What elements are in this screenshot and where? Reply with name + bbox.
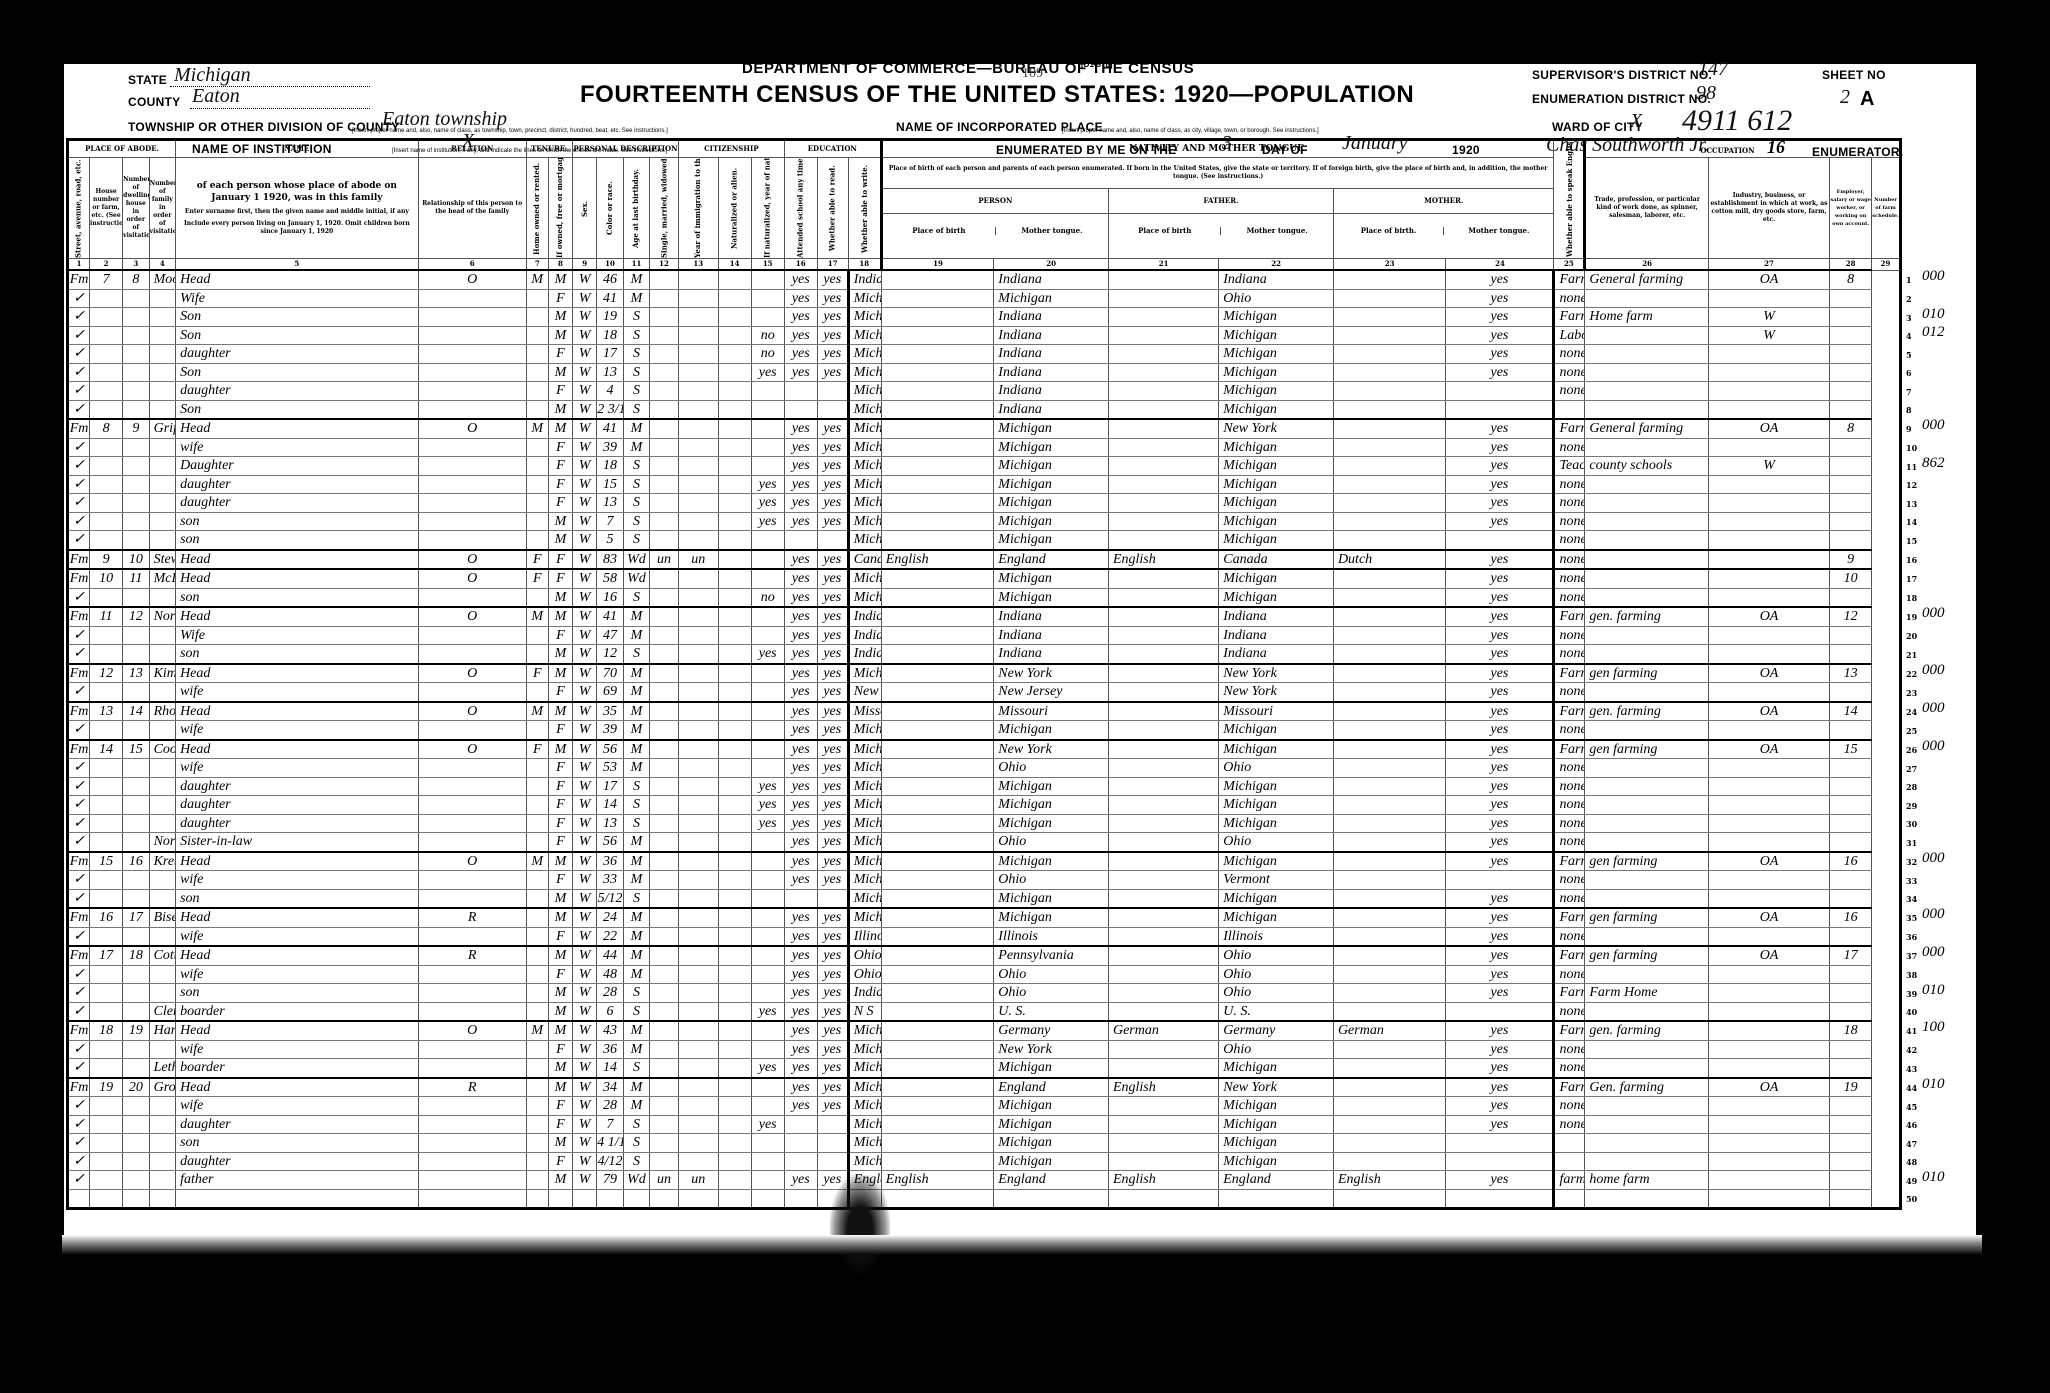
line-number-left: 15 xyxy=(48,536,59,546)
cell-marital: S xyxy=(623,363,649,382)
cell-tongue xyxy=(881,1189,993,1209)
cell-farm xyxy=(1830,494,1872,513)
cell-industry xyxy=(1585,494,1709,513)
cell-mbirth: Indiana xyxy=(1219,645,1334,664)
cell-mbirth: Michigan xyxy=(1219,721,1334,740)
cell-mbirth: Ohio xyxy=(1219,289,1334,308)
cell-street: ✓ xyxy=(68,345,90,364)
cell-age: 13 xyxy=(597,494,623,513)
cell-race: W xyxy=(573,965,597,984)
cell-relation: son xyxy=(176,889,419,908)
cell-marital: S xyxy=(623,531,649,550)
cell-mtongue xyxy=(1333,645,1445,664)
line-number-right: 23 xyxy=(1906,688,1917,698)
cell-family xyxy=(123,1002,149,1021)
cell-read xyxy=(784,531,817,550)
cell-family xyxy=(123,814,149,833)
cell-industry xyxy=(1585,1152,1709,1171)
cell-sex: F xyxy=(548,438,572,457)
cell-relation: daughter xyxy=(176,345,419,364)
cell-farm xyxy=(1830,588,1872,607)
cell-mort xyxy=(526,645,548,664)
cell-relation: wife xyxy=(176,759,419,778)
cell-natyr xyxy=(718,777,751,796)
cell-fbirth: Michigan xyxy=(994,419,1109,438)
cell-relation: daughter xyxy=(176,494,419,513)
cell-street: ✓ xyxy=(68,363,90,382)
cell-industry xyxy=(1585,927,1709,946)
cell-race: W xyxy=(573,908,597,927)
cell-race: W xyxy=(573,740,597,759)
cell-house xyxy=(90,777,123,796)
cell-trade: Farm laborer xyxy=(1554,308,1585,327)
header-employer-class: Employer, salary or wage worker, or work… xyxy=(1830,158,1872,259)
cell-race: W xyxy=(573,984,597,1003)
cell-mort xyxy=(526,438,548,457)
cell-trade: none xyxy=(1554,1059,1585,1078)
cell-imm xyxy=(650,683,679,702)
cell-street: ✓ xyxy=(68,871,90,890)
cell-mtongue xyxy=(1333,400,1445,419)
cell-fbirth: New York xyxy=(994,740,1109,759)
cell-marital: M xyxy=(623,833,649,852)
cell-read: yes xyxy=(784,588,817,607)
cell-class xyxy=(1708,531,1829,550)
cell-school xyxy=(751,400,784,419)
cell-race: W xyxy=(573,927,597,946)
cell-natyr xyxy=(718,796,751,815)
column-number: 22 xyxy=(1219,259,1334,271)
cell-write: yes xyxy=(817,289,848,308)
nativity-person: PERSON Place of birth Mother tongue. xyxy=(881,188,1108,258)
cell-relation xyxy=(176,1189,419,1209)
cell-marital: M xyxy=(623,289,649,308)
cell-industry: Gen. farming xyxy=(1585,1078,1709,1097)
cell-age: 53 xyxy=(597,759,623,778)
cell-nat xyxy=(678,1059,718,1078)
cell-own xyxy=(418,871,526,890)
cell-house: 11 xyxy=(90,607,123,626)
cell-nat xyxy=(678,1097,718,1116)
cell-own: O xyxy=(418,550,526,570)
line-number-right: 36 xyxy=(1906,932,1917,942)
person-name: Moore, Owen xyxy=(154,272,176,287)
cell-own xyxy=(418,814,526,833)
cell-family xyxy=(123,965,149,984)
cell-relation: son xyxy=(176,531,419,550)
cell-marital: M xyxy=(623,871,649,890)
cell-race: W xyxy=(573,721,597,740)
cell-write xyxy=(817,382,848,401)
cell-mtongue xyxy=(1333,721,1445,740)
cell-mbirth: Ohio xyxy=(1219,946,1334,965)
person-name: Rhodus, Clifford xyxy=(154,704,176,719)
cell-mort xyxy=(526,457,548,476)
cell-natyr xyxy=(718,702,751,721)
cell-tongue xyxy=(881,1097,993,1116)
occupation-code: 000 xyxy=(1922,700,1945,717)
cell-tongue xyxy=(881,1021,993,1040)
cell-imm xyxy=(650,308,679,327)
cell-read: yes xyxy=(784,645,817,664)
cell-relation: Wife xyxy=(176,289,419,308)
cell-trade: none xyxy=(1554,626,1585,645)
line-number-left: 34 xyxy=(48,894,59,904)
cell-english: yes xyxy=(1446,965,1554,984)
line-number-left: 22 xyxy=(48,669,59,679)
cell-marital: M xyxy=(623,702,649,721)
name-desc-include: Include every person living on January 1… xyxy=(176,220,418,236)
cell-mbirth: Michigan xyxy=(1219,889,1334,908)
cell-nat xyxy=(678,927,718,946)
cell-mort xyxy=(526,759,548,778)
cell-sex: F xyxy=(548,683,572,702)
cell-mtongue xyxy=(1333,270,1445,289)
cell-farm: 13 xyxy=(1830,664,1872,683)
cell-marital: S xyxy=(623,400,649,419)
cell-fbirth: Michigan xyxy=(994,1097,1109,1116)
cell-street: ✓ xyxy=(68,494,90,513)
cell-name: Beatrice xyxy=(149,382,175,401)
cell-mbirth: Ohio xyxy=(1219,965,1334,984)
cell-name: Mildred xyxy=(149,1115,175,1134)
header-farm-schedule: Number of farm schedule. xyxy=(1872,158,1901,259)
cell-class xyxy=(1708,512,1829,531)
cell-own xyxy=(418,1152,526,1171)
cell-sex: M xyxy=(548,607,572,626)
cell-nat xyxy=(678,457,718,476)
cell-street xyxy=(68,1189,90,1209)
cell-name: Verne xyxy=(149,308,175,327)
cell-industry xyxy=(1585,889,1709,908)
cell-age: 19 xyxy=(597,308,623,327)
line-number-left: 23 xyxy=(48,688,59,698)
cell-trade xyxy=(1554,1152,1585,1171)
person-name: Cotterman, William xyxy=(154,948,176,963)
census-row: ✓VaughansonMW7SyesyesyesMichiganMichigan… xyxy=(68,512,1901,531)
cell-school xyxy=(751,457,784,476)
cell-class xyxy=(1708,683,1829,702)
cell-nat xyxy=(678,965,718,984)
line-number-right: 8 xyxy=(1906,405,1912,415)
cell-tongue xyxy=(881,588,993,607)
column-number: 18 xyxy=(848,259,881,271)
cell-name: Neva xyxy=(149,721,175,740)
cell-race: W xyxy=(573,1078,597,1097)
cell-tongue xyxy=(881,908,993,927)
cell-fbirth: Indiana xyxy=(994,607,1109,626)
cell-english xyxy=(1446,1152,1554,1171)
line-number-right: 6 xyxy=(1906,368,1912,378)
cell-trade: none xyxy=(1554,494,1585,513)
cell-race: W xyxy=(573,777,597,796)
cell-ftongue xyxy=(1108,1134,1218,1153)
cell-sex: M xyxy=(548,1134,572,1153)
column-number: 21 xyxy=(1108,259,1218,271)
cell-tongue xyxy=(881,1040,993,1059)
cell-age: 7 xyxy=(597,512,623,531)
cell-mbirth: Michigan xyxy=(1219,308,1334,327)
cell-mort: F xyxy=(526,664,548,683)
cell-sex: M xyxy=(548,664,572,683)
cell-street: ✓ xyxy=(68,833,90,852)
cell-read: yes xyxy=(784,702,817,721)
cell-write: yes xyxy=(817,607,848,626)
occupation-title: OCCUPATION xyxy=(1700,146,1754,155)
column-number: 27 xyxy=(1708,259,1829,271)
cell-natyr xyxy=(718,721,751,740)
line-number-right: 45 xyxy=(1906,1102,1917,1112)
cell-relation: Head xyxy=(176,946,419,965)
cell-nat: un xyxy=(678,1171,718,1190)
cell-write: yes xyxy=(817,363,848,382)
line-number-left: 1 xyxy=(48,275,54,285)
cell-own: O xyxy=(418,419,526,438)
cell-write: yes xyxy=(817,814,848,833)
cell-sex: M xyxy=(548,512,572,531)
cell-marital: M xyxy=(623,1097,649,1116)
cell-mort xyxy=(526,1002,548,1021)
cell-nat xyxy=(678,607,718,626)
cell-read: yes xyxy=(784,345,817,364)
line-number-left: 45 xyxy=(48,1102,59,1112)
cell-industry: gen farming xyxy=(1585,740,1709,759)
cell-imm xyxy=(650,1115,679,1134)
cell-nat xyxy=(678,984,718,1003)
cell-natyr xyxy=(718,908,751,927)
cell-english: yes xyxy=(1446,569,1554,588)
cell-school xyxy=(751,908,784,927)
cell-tongue xyxy=(881,1115,993,1134)
cell-trade: Farmer xyxy=(1554,607,1585,626)
cell-school xyxy=(751,382,784,401)
county-underline xyxy=(190,108,370,109)
cell-sex: M xyxy=(548,946,572,965)
cell-class xyxy=(1708,1152,1829,1171)
cell-own xyxy=(418,308,526,327)
cell-mtongue xyxy=(1333,531,1445,550)
cell-class xyxy=(1708,588,1829,607)
cell-nat xyxy=(678,475,718,494)
cell-family: 10 xyxy=(123,550,149,570)
cell-house xyxy=(90,1040,123,1059)
cell-read: yes xyxy=(784,683,817,702)
cell-family xyxy=(123,1134,149,1153)
cell-tongue xyxy=(881,889,993,908)
cell-street: ✓ xyxy=(68,645,90,664)
cell-sex: M xyxy=(548,400,572,419)
cell-english: yes xyxy=(1446,1097,1554,1116)
cell-house xyxy=(90,814,123,833)
line-number-left: 10 xyxy=(48,443,59,453)
cell-school xyxy=(751,852,784,871)
cell-read: yes xyxy=(784,759,817,778)
cell-mtongue xyxy=(1333,438,1445,457)
line-number-left: 9 xyxy=(48,424,54,434)
cell-family: 12 xyxy=(123,607,149,626)
cell-fbirth: Michigan xyxy=(994,569,1109,588)
cell-english: yes xyxy=(1446,702,1554,721)
cell-school xyxy=(751,1152,784,1171)
cell-tongue xyxy=(881,759,993,778)
person-name: McDowell, Emma xyxy=(154,571,176,586)
cell-mbirth: Michigan xyxy=(1219,1097,1334,1116)
person-name: Krebs, Fred xyxy=(154,854,176,869)
cell-race: W xyxy=(573,326,597,345)
cell-street: Fm xyxy=(68,946,90,965)
cell-nat xyxy=(678,1115,718,1134)
line-number-right: 3 xyxy=(1906,313,1912,323)
cell-race: W xyxy=(573,1171,597,1190)
cell-write: yes xyxy=(817,871,848,890)
header-age: Age at last birthday. xyxy=(623,158,649,259)
cell-name: Norma xyxy=(149,494,175,513)
cell-natyr xyxy=(718,759,751,778)
cell-age: 5 xyxy=(597,531,623,550)
cell-read: yes xyxy=(784,308,817,327)
group-personal: PERSONAL DESCRIPTION xyxy=(573,140,679,158)
cell-mort xyxy=(526,400,548,419)
cell-natyr xyxy=(718,569,751,588)
cell-farm xyxy=(1830,457,1872,476)
cell-fbirth: Michigan xyxy=(994,438,1109,457)
line-number-right: 16 xyxy=(1906,555,1917,565)
cell-class xyxy=(1708,889,1829,908)
cell-school: no xyxy=(751,588,784,607)
cell-age: 16 xyxy=(597,588,623,607)
cell-ftongue xyxy=(1108,588,1218,607)
cell-nat xyxy=(678,1134,718,1153)
cell-farm xyxy=(1830,833,1872,852)
person-name: Stewart, Anna xyxy=(154,552,176,567)
cell-farm xyxy=(1830,1152,1872,1171)
occupation-code: 000 xyxy=(1922,268,1945,285)
cell-read: yes xyxy=(784,965,817,984)
cell-nat xyxy=(678,833,718,852)
cell-read: yes xyxy=(784,512,817,531)
person-name: Hartel, Wesley xyxy=(154,1023,176,1038)
group-relation: RELATION xyxy=(418,140,526,158)
nativity-description: Place of birth of each person and parent… xyxy=(881,158,1554,189)
cell-nat xyxy=(678,512,718,531)
cell-sex: F xyxy=(548,1097,572,1116)
header-marital: Single, married, widowed or divorced. xyxy=(650,158,679,259)
cell-imm xyxy=(650,1134,679,1153)
header-street: Street, avenue, road, etc. xyxy=(68,158,90,259)
cell-nat xyxy=(678,946,718,965)
cell-mort xyxy=(526,382,548,401)
cell-birth: Michigan xyxy=(848,382,881,401)
cell-write: yes xyxy=(817,740,848,759)
line-number-right: 4 xyxy=(1906,331,1912,341)
cell-birth: Michigan xyxy=(848,1059,881,1078)
cell-age: 36 xyxy=(597,1040,623,1059)
column-number: 14 xyxy=(718,259,751,271)
line-number-right: 39 xyxy=(1906,989,1917,999)
cell-house xyxy=(90,289,123,308)
cell-ftongue xyxy=(1108,1115,1218,1134)
cell-birth: Indiana xyxy=(848,607,881,626)
cell-class xyxy=(1708,833,1829,852)
cell-mort: M xyxy=(526,702,548,721)
header-read: Whether able to read. xyxy=(817,158,848,259)
line-number-left: 8 xyxy=(48,405,54,415)
cell-school xyxy=(751,946,784,965)
cell-farm xyxy=(1830,289,1872,308)
cell-school xyxy=(751,419,784,438)
cell-mort xyxy=(526,345,548,364)
cell-sex: M xyxy=(548,645,572,664)
cell-imm xyxy=(650,1040,679,1059)
cell-race: W xyxy=(573,645,597,664)
cell-family: 13 xyxy=(123,664,149,683)
cell-street: ✓ xyxy=(68,400,90,419)
line-number-right: 50 xyxy=(1906,1194,1917,1204)
line-number-left: 17 xyxy=(48,574,59,584)
cell-birth: Michigan xyxy=(848,1152,881,1171)
cell-street: ✓ xyxy=(68,1134,90,1153)
cell-school xyxy=(751,607,784,626)
cell-industry xyxy=(1585,1040,1709,1059)
cell-house xyxy=(90,965,123,984)
cell-class xyxy=(1708,777,1829,796)
occupation-code: 000 xyxy=(1922,850,1945,867)
cell-mbirth: Michigan xyxy=(1219,475,1334,494)
cell-mort xyxy=(526,1115,548,1134)
cell-class: OA xyxy=(1708,702,1829,721)
cell-marital: S xyxy=(623,814,649,833)
cell-trade xyxy=(1554,400,1585,419)
cell-relation: daughter xyxy=(176,796,419,815)
cell-english: yes xyxy=(1446,721,1554,740)
cell-mtongue xyxy=(1333,1078,1445,1097)
cell-trade: none xyxy=(1554,363,1585,382)
header-color-race: Color or race. xyxy=(597,158,623,259)
cell-mtongue xyxy=(1333,965,1445,984)
cell-read xyxy=(784,400,817,419)
cell-school xyxy=(751,1040,784,1059)
line-number-right: 44 xyxy=(1906,1083,1917,1093)
cell-mort xyxy=(526,683,548,702)
cell-write: yes xyxy=(817,664,848,683)
cell-natyr xyxy=(718,965,751,984)
cell-age: 56 xyxy=(597,740,623,759)
cell-class: OA xyxy=(1708,852,1829,871)
cell-sex: F xyxy=(548,475,572,494)
cell-fbirth: England xyxy=(994,1078,1109,1097)
cell-street: ✓ xyxy=(68,382,90,401)
cell-natyr xyxy=(718,946,751,965)
cell-trade xyxy=(1554,1134,1585,1153)
cell-sex: M xyxy=(548,908,572,927)
cell-farm: 12 xyxy=(1830,607,1872,626)
cell-industry xyxy=(1585,777,1709,796)
cell-house: 13 xyxy=(90,702,123,721)
cell-natyr xyxy=(718,531,751,550)
cell-mtongue xyxy=(1333,1115,1445,1134)
cell-mtongue xyxy=(1333,1134,1445,1153)
cell-age: 46 xyxy=(597,270,623,289)
cell-mbirth: Michigan xyxy=(1219,531,1334,550)
cell-class: OA xyxy=(1708,1078,1829,1097)
line-number-left: 4 xyxy=(48,331,54,341)
cell-english: yes xyxy=(1446,664,1554,683)
cell-natyr xyxy=(718,1189,751,1209)
cell-birth: Michigan xyxy=(848,475,881,494)
cell-name: Stewart, Anna xyxy=(149,550,175,570)
occupation-code: 012 xyxy=(1922,324,1945,341)
census-row: ✓PearledaughterFW17SnoyesyesMichiganIndi… xyxy=(68,345,1901,364)
